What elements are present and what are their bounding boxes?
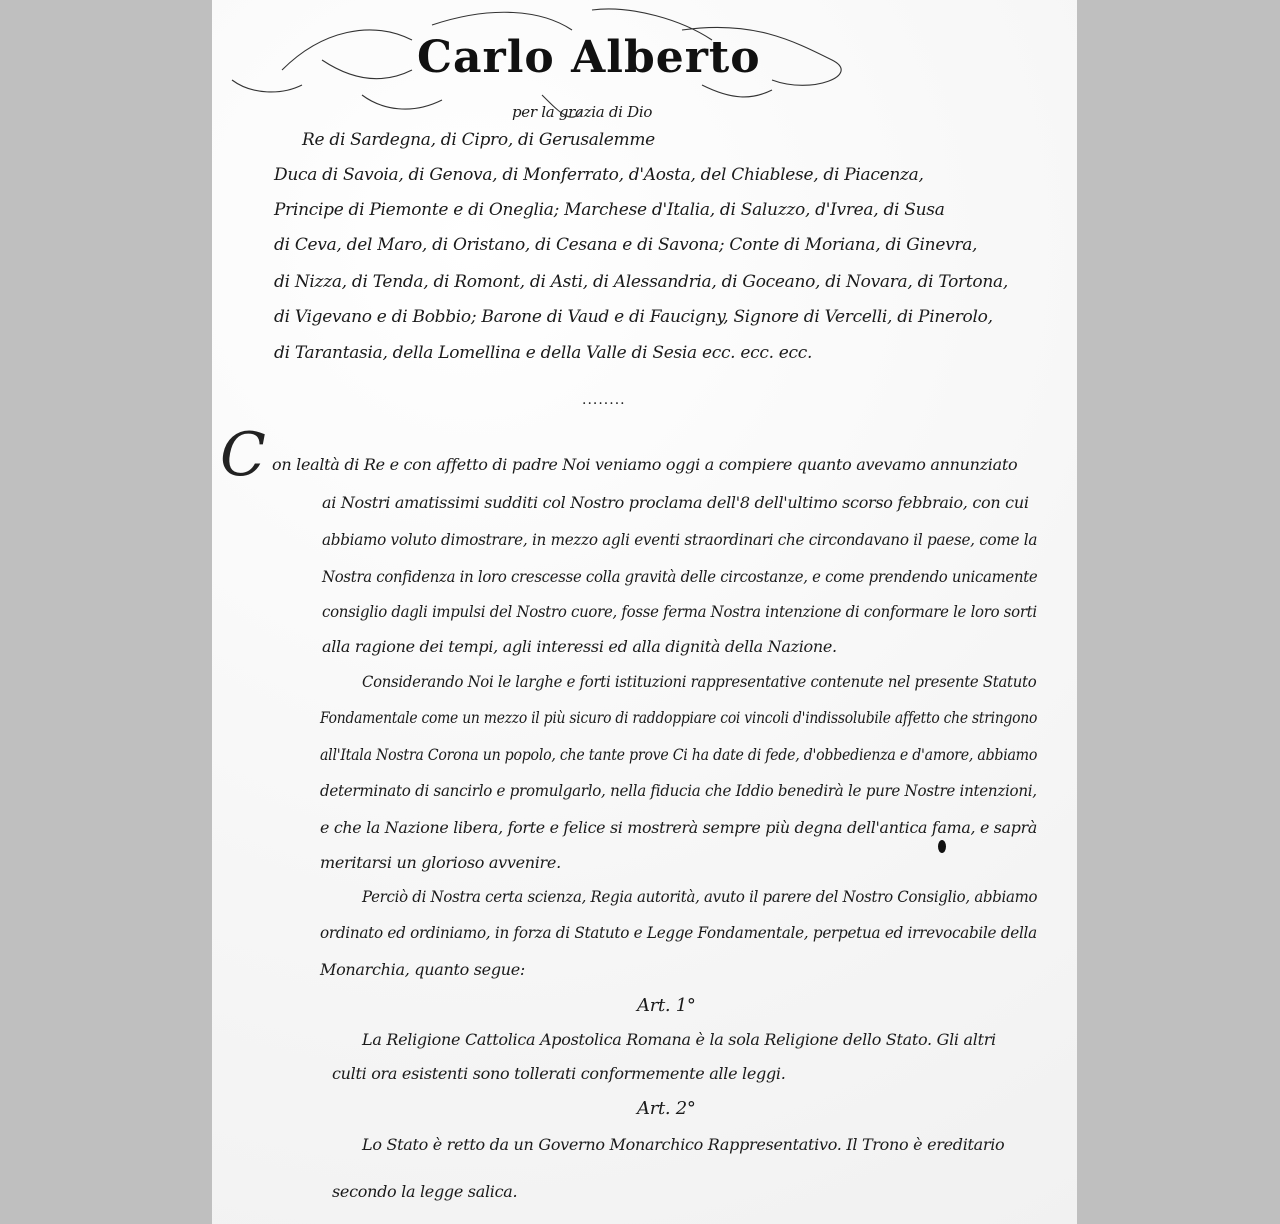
preamble-line: consiglio dagli impulsi del Nostro cuore… bbox=[322, 602, 1037, 621]
preamble-line: Nostra confidenza in loro crescesse coll… bbox=[322, 567, 1037, 586]
preamble-line: Perciò di Nostra certa scienza, Regia au… bbox=[362, 887, 1037, 906]
preamble-line: Considerando Noi le larghe e forti istit… bbox=[362, 672, 1036, 691]
preamble-line: meritarsi un glorioso avvenire. bbox=[320, 853, 561, 872]
titles-line: di Ceva, del Maro, di Oristano, di Cesan… bbox=[274, 235, 977, 255]
article-line: La Religione Cattolica Apostolica Romana… bbox=[362, 1030, 996, 1049]
ink-blot bbox=[938, 840, 946, 853]
manuscript-page: Carlo Alberto per la grazia di Dio Re di… bbox=[212, 0, 1077, 1224]
preamble-line: abbiamo voluto dimostrare, in mezzo agli… bbox=[322, 530, 1037, 549]
document-subtitle: per la grazia di Dio bbox=[512, 103, 652, 121]
article-line: secondo la legge salica. bbox=[332, 1182, 517, 1201]
preamble-line: ai Nostri amatissimi sudditi col Nostro … bbox=[322, 493, 1029, 512]
article-line: culti ora esistenti sono tollerati confo… bbox=[332, 1064, 786, 1083]
preamble-line: determinato di sancirlo e promulgarlo, n… bbox=[320, 781, 1037, 800]
titles-line: di Nizza, di Tenda, di Romont, di Asti, … bbox=[274, 272, 1008, 292]
article-heading: Art. 1° bbox=[637, 995, 696, 1016]
preamble-line: on lealtà di Re e con affetto di padre N… bbox=[272, 455, 1017, 474]
document-title: Carlo Alberto bbox=[417, 32, 761, 83]
article-line: Lo Stato è retto da un Governo Monarchic… bbox=[362, 1135, 1004, 1154]
titles-line: di Tarantasia, della Lomellina e della V… bbox=[274, 343, 812, 363]
preamble-line: e che la Nazione libera, forte e felice … bbox=[320, 818, 1037, 837]
preamble-line: all'Itala Nostra Corona un popolo, che t… bbox=[320, 745, 1037, 764]
drop-cap: C bbox=[220, 420, 266, 490]
preamble-line: ordinato ed ordiniamo, in forza di Statu… bbox=[320, 923, 1037, 942]
preamble-line: Monarchia, quanto segue: bbox=[320, 960, 525, 979]
article-heading: Art. 2° bbox=[637, 1098, 696, 1119]
titles-line: di Vigevano e di Bobbio; Barone di Vaud … bbox=[274, 307, 993, 327]
ornamental-divider: ········ bbox=[582, 396, 626, 412]
preamble-line: alla ragione dei tempi, agli interessi e… bbox=[322, 637, 837, 656]
titles-line: Re di Sardegna, di Cipro, di Gerusalemme bbox=[302, 130, 655, 150]
titles-line: Duca di Savoia, di Genova, di Monferrato… bbox=[274, 165, 924, 185]
preamble-line: Fondamentale come un mezzo il più sicuro… bbox=[320, 708, 1037, 727]
titles-line: Principe di Piemonte e di Oneglia; March… bbox=[274, 200, 945, 220]
